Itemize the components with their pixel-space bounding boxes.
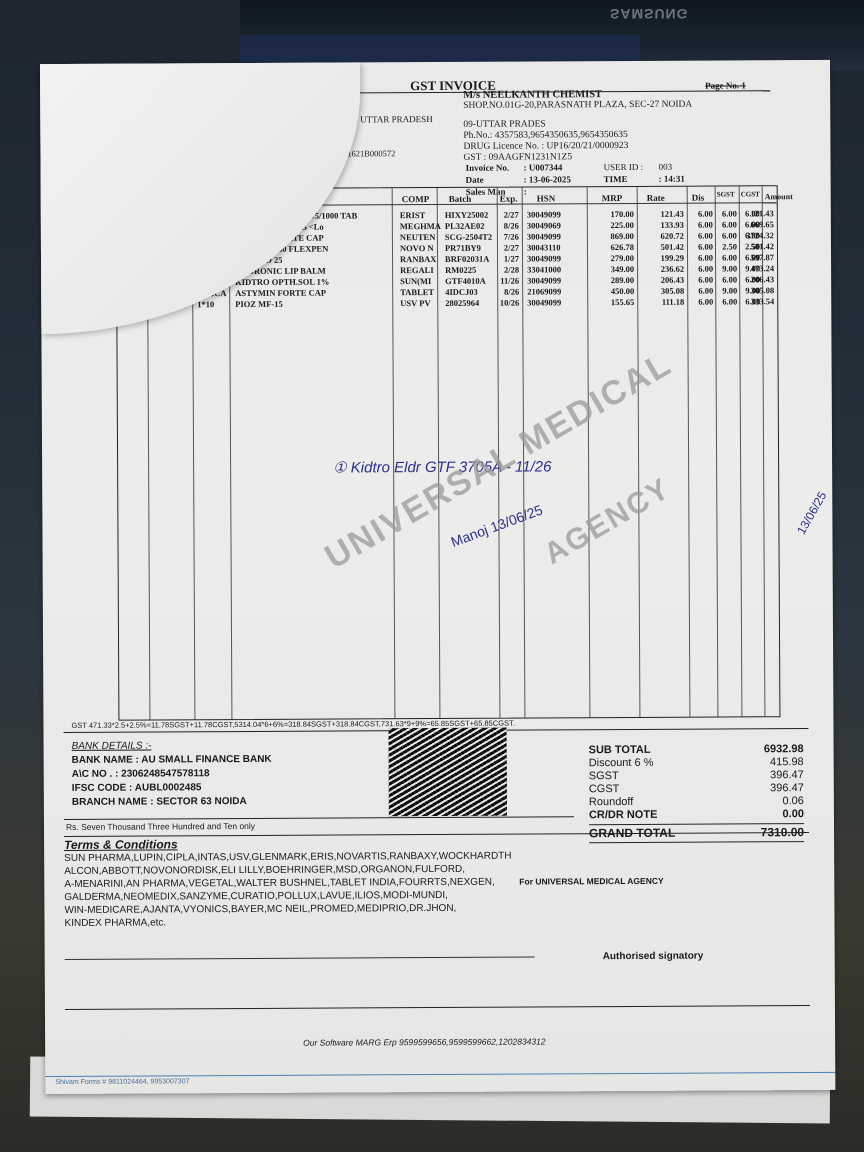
bank-details: BANK DETAILS :- BANK NAME : AU SMALL FIN… <box>72 739 272 810</box>
terms-line: KINDEX PHARMA,etc. <box>64 914 584 930</box>
cell-hsn: 30049099 <box>527 209 561 219</box>
totals-row: Roundoff0.06 <box>589 795 804 809</box>
cell-comp: TABLET <box>400 287 434 297</box>
cell-batch: GTF4010A <box>445 276 486 286</box>
cell-batch: BRF02031A <box>445 254 489 264</box>
totals-label: CGST <box>589 783 620 796</box>
cell-rate: 620.72 <box>661 231 684 241</box>
cell-batch: PR71BY9 <box>445 243 481 253</box>
authorised-signatory: Authorised signatory <box>603 951 704 963</box>
cell-comp: SUN(MI <box>400 276 431 286</box>
cell-comp: USV PV <box>400 298 430 308</box>
cell-batch: 28025964 <box>445 298 479 308</box>
cell-rate: 111.18 <box>662 297 684 307</box>
cell-dis: 6.00 <box>698 253 713 263</box>
cell-mrp: 155.65 <box>611 297 634 307</box>
th-dis: Dis <box>692 193 705 203</box>
cell-exp: 8/26 <box>504 287 519 297</box>
th-amount: Amount <box>765 192 793 201</box>
totals-value: 6932.98 <box>764 743 804 756</box>
cell-dis: 6.00 <box>698 275 713 285</box>
cell-sgst: 6.00 <box>722 230 737 240</box>
for-company: For UNIVERSAL MEDICAL AGENCY <box>519 876 663 887</box>
terms-lines: SUN PHARMA,LUPIN,CIPLA,INTAS,USV,GLENMAR… <box>64 849 584 930</box>
cell-comp: REGALI <box>400 265 434 275</box>
totals-value: 415.98 <box>770 756 804 769</box>
th-comp: COMP <box>402 194 430 204</box>
totals-label: Discount 6 % <box>589 757 654 770</box>
cell-hsn: 30043110 <box>527 242 561 252</box>
signature-line <box>65 956 535 959</box>
cell-hsn: 30049099 <box>527 231 561 241</box>
cell-product: PIOZ MF-15 <box>235 299 283 309</box>
cell-amount: 3724.32 <box>746 230 774 240</box>
cell-rate: 501.42 <box>661 242 684 252</box>
cell-mrp: 279.00 <box>611 253 634 263</box>
cell-hsn: 30049099 <box>527 297 561 307</box>
cell-hsn: 33041000 <box>527 264 561 274</box>
cell-sgst: 2.50 <box>722 241 737 251</box>
totals-block: SUB TOTAL6932.98Discount 6 %415.98SGST39… <box>589 743 805 843</box>
cell-amount: 121.43 <box>750 208 773 218</box>
cell-batch: RM0225 <box>445 265 476 275</box>
cell-dis: 6.00 <box>698 209 713 219</box>
page-number: Page No. 1 <box>705 80 746 90</box>
th-sgst: SGST <box>717 190 735 198</box>
cell-comp: ERIST <box>400 210 426 220</box>
cell-batch: HIXY25002 <box>445 210 489 220</box>
cell-mrp: 626.78 <box>611 242 634 252</box>
totals-label: SUB TOTAL <box>589 744 651 757</box>
cell-exp: 2/27 <box>504 210 519 220</box>
handwritten-signature: Manoj 13/06/25 <box>449 501 545 549</box>
cell-comp: MEGHMA <box>400 221 441 231</box>
cell-mrp: 450.00 <box>611 286 634 296</box>
user-id: 003 <box>659 162 673 172</box>
cell-sgst: 6.00 <box>722 219 737 229</box>
totals-value: 396.47 <box>770 769 804 782</box>
cell-mrp: 289.00 <box>611 275 634 285</box>
cell-hsn: 30049099 <box>527 253 561 263</box>
totals-label: SGST <box>589 770 619 783</box>
cell-product: ASTYMIN FORTE CAP <box>235 288 326 298</box>
totals-value: 396.47 <box>770 782 804 795</box>
cell-exp: 2/28 <box>504 265 519 275</box>
cell-rate: 305.08 <box>661 286 684 296</box>
invoice-date: : 13-06-2025 <box>524 173 604 185</box>
totals-label: CR/DR NOTE <box>589 809 658 822</box>
bank-name: BANK NAME : AU SMALL FINANCE BANK <box>72 753 272 768</box>
th-mrp: MRP <box>602 193 623 203</box>
buyer-address: SHOP.NO.01G-20,PARASNATH PLAZA, SEC-27 N… <box>463 100 692 112</box>
buyer-block: M/s NEELKANTH CHEMIST SHOP.NO.01G-20,PAR… <box>463 89 692 164</box>
cell-amount: 473.24 <box>751 263 774 273</box>
cell-comp: RANBAX <box>400 254 436 264</box>
th-rate: Rate <box>647 193 665 203</box>
totals-row: SGST396.47 <box>589 769 804 783</box>
totals-row: Discount 6 %415.98 <box>589 756 804 770</box>
th-exp: Exp. <box>500 194 518 204</box>
cell-dis: 6.00 <box>698 231 713 241</box>
totals-row: SUB TOTAL6932.98 <box>589 743 804 757</box>
totals-row: CGST396.47 <box>589 782 804 796</box>
th-hsn: HSN <box>537 193 556 203</box>
totals-value: 0.00 <box>782 808 803 821</box>
totals-list: SUB TOTAL6932.98Discount 6 %415.98SGST39… <box>589 743 804 822</box>
cell-dis: 6.00 <box>698 220 713 230</box>
cell-sgst: 6.00 <box>722 252 737 262</box>
cell-batch: PL32AE02 <box>445 221 485 231</box>
software-credit: Our Software MARG Erp 9599599656,9599599… <box>303 1036 545 1047</box>
cell-rate: 236.62 <box>661 264 684 274</box>
cell-sgst: 6.00 <box>722 296 737 306</box>
cell-exp: 7/26 <box>504 232 519 242</box>
th-batch: Batch <box>449 194 472 204</box>
grand-total-rule <box>589 841 804 843</box>
amount-in-words: Rs. Seven Thousand Three Hundred and Ten… <box>66 821 255 832</box>
cell-dis: 6.00 <box>698 297 713 307</box>
cell-mrp: 225.00 <box>610 220 633 230</box>
monitor-brand-text: SAMSUNG <box>610 6 689 22</box>
cell-mrp: 349.00 <box>611 264 634 274</box>
cell-amount: 305.08 <box>751 285 774 295</box>
cell-batch: SCG-2504T2 <box>445 232 492 242</box>
cell-amount: 669.65 <box>750 219 773 229</box>
cell-mrp: 170.00 <box>610 209 633 219</box>
cell-hsn: 21069099 <box>527 286 561 296</box>
bank-heading: BANK DETAILS :- <box>72 739 272 754</box>
invoice-no: : U007344 <box>524 161 604 173</box>
totals-value: 0.06 <box>782 795 803 808</box>
cell-rate: 206.43 <box>661 275 684 285</box>
cell-amount: 206.43 <box>751 274 774 284</box>
bank-ifsc: IFSC CODE : AUBL0002485 <box>72 781 272 796</box>
date-label: Date <box>466 174 524 186</box>
cell-rate: 199.29 <box>661 253 684 263</box>
cell-comp: NEUTEN <box>400 232 435 242</box>
cell-amount: 597.87 <box>751 252 774 262</box>
cell-dis: 6.00 <box>698 286 713 296</box>
cell-exp: 11/26 <box>500 276 519 286</box>
cell-sgst: 6.00 <box>722 208 737 218</box>
invoice-time: : 14:31 <box>659 174 685 184</box>
cell-rate: 133.93 <box>660 220 683 230</box>
divider <box>65 1005 810 1010</box>
cell-dis: 6.00 <box>698 242 713 252</box>
cell-sgst: 9.00 <box>722 285 737 295</box>
cell-amount: 501.42 <box>751 241 774 251</box>
time-label: TIME <box>604 173 659 185</box>
handwritten-signature-2: 13/06/25 <box>794 489 829 537</box>
cell-rate: 121.43 <box>660 209 683 219</box>
cell-hsn: 30049069 <box>527 220 561 230</box>
cell-sgst: 9.00 <box>722 263 737 273</box>
invoice-no-label: Invoice No. <box>466 162 524 174</box>
th-cgst: CGST <box>741 190 760 198</box>
qr-code <box>388 728 506 817</box>
forms-rule <box>45 1072 835 1077</box>
cell-product: KIDTRO OPTH.SOL 1% <box>235 277 329 287</box>
cell-hsn: 30049099 <box>527 275 561 285</box>
cell-exp: 1/27 <box>504 254 519 264</box>
bank-account: A\C NO . : 2306248547578118 <box>72 767 272 782</box>
cell-exp: 2/27 <box>504 243 519 253</box>
totals-row: CR/DR NOTE0.00 <box>589 808 804 822</box>
cell-comp: NOVO N <box>400 243 434 253</box>
cell-mrp: 869.00 <box>611 231 634 241</box>
cell-dis: 6.00 <box>698 264 713 274</box>
cell-sgst: 6.00 <box>722 274 737 284</box>
cell-exp: 10/26 <box>500 298 519 308</box>
stamp-line2: AGENCY <box>539 472 677 572</box>
cell-amount: 333.54 <box>751 296 774 306</box>
divider <box>64 816 574 820</box>
invoice-paper: GST INVOICE Page No. 1 EDICAL AGENCY but… <box>40 60 835 1094</box>
totals-label: Roundoff <box>589 796 634 809</box>
cell-exp: 8/26 <box>504 221 519 231</box>
user-id-label: USER ID : <box>604 161 659 173</box>
terms-block: Terms & Conditions SUN PHARMA,LUPIN,CIPL… <box>64 836 584 930</box>
table-row: 9.31*10PIOZ MF-15USV PV2802596410/263004… <box>117 296 777 310</box>
bank-branch: BRANCH NAME : SECTOR 63 NOIDA <box>72 795 272 810</box>
forms-credit: Shivam Forms # 9811024464, 9953007307 <box>55 1078 189 1086</box>
cell-batch: 4IDCJ03 <box>445 287 478 297</box>
